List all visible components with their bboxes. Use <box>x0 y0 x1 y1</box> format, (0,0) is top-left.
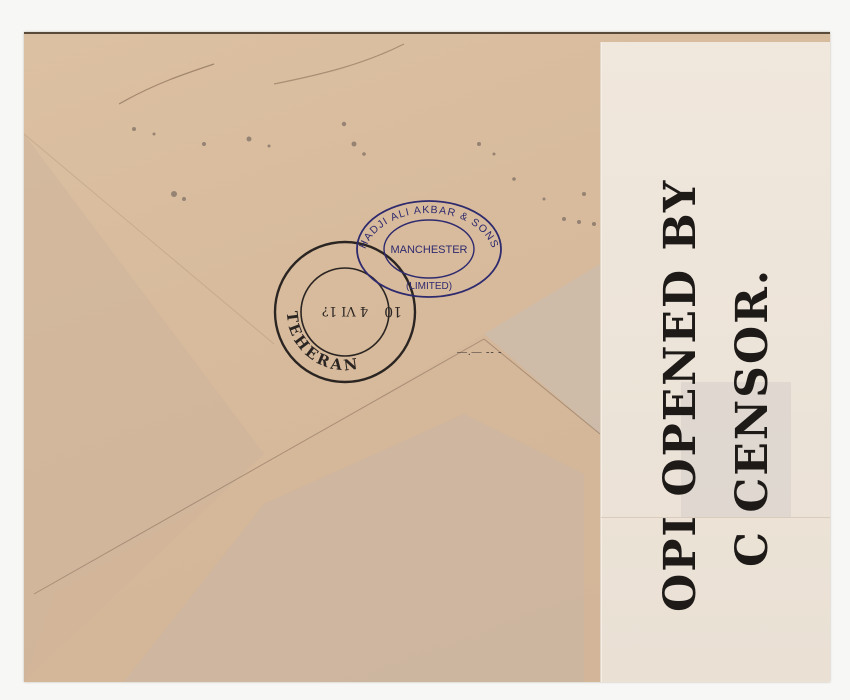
envelope-back: —.— -- - TEHERAN 4 VI 1? 10 HADJI ALI AK… <box>24 32 830 682</box>
hadji-ali-akbar-oval-stamp: HADJI ALI AKBAR & SONS MANCHESTER (LIMIT… <box>354 199 504 299</box>
svg-text:(LIMITED): (LIMITED) <box>406 281 452 292</box>
pencil-dash-mark: —.— -- - <box>457 347 503 358</box>
svg-text:10: 10 <box>384 303 402 319</box>
censor-line-opened-by: OPI OPENED BY <box>655 179 706 612</box>
svg-text:4 VI 1?: 4 VI 1? <box>322 303 368 318</box>
censor-label: OPI OPENED BY C CENSOR. <box>600 42 830 682</box>
censor-line-censor: C CENSOR. <box>727 268 778 567</box>
svg-text:MANCHESTER: MANCHESTER <box>390 244 467 256</box>
svg-text:TEHERAN: TEHERAN <box>283 310 362 374</box>
label-seam <box>601 517 830 518</box>
